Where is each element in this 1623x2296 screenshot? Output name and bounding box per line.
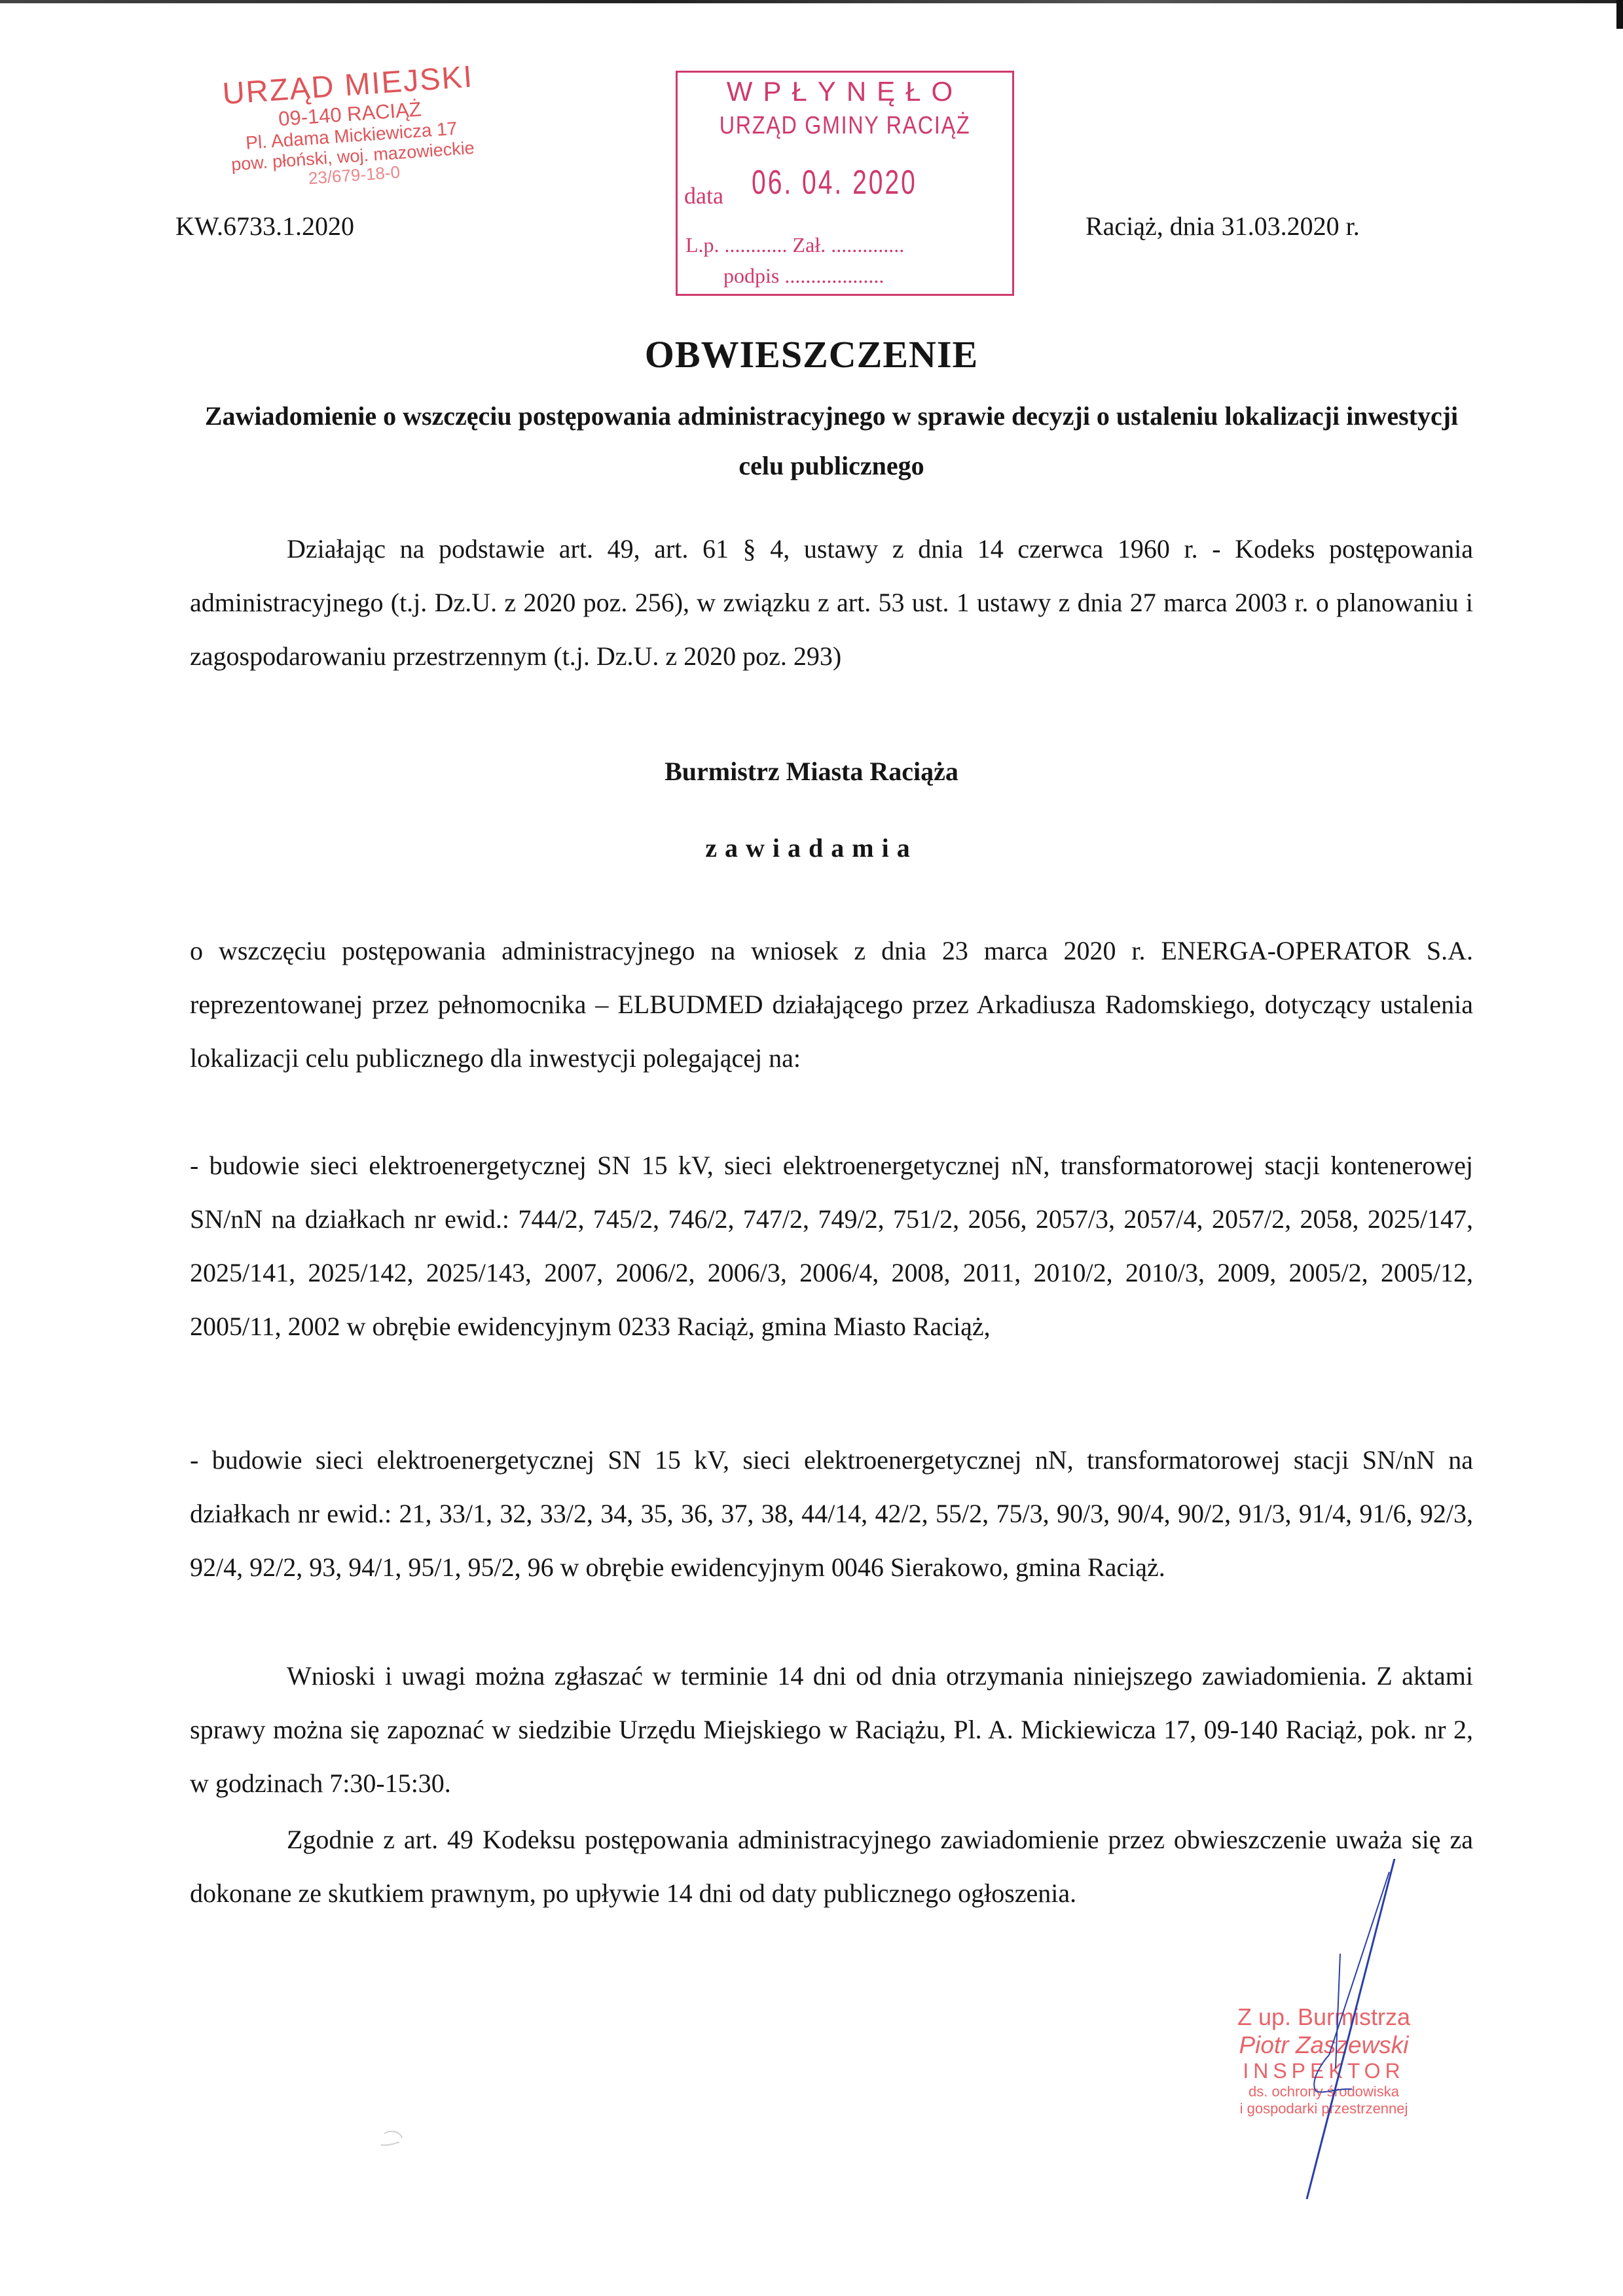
document-subtitle: Zawiadomienie o wszczęciu postępowania a… — [190, 391, 1473, 491]
handwritten-signature — [1244, 1859, 1414, 2199]
receipt-date-label: data — [684, 182, 723, 209]
receipt-stamp-office: URZĄD GMINY RACIĄŻ — [702, 112, 987, 140]
scan-edge-top — [0, 0, 1623, 3]
investment-item-2: - budowie sieci elektroenergetycznej SN … — [190, 1433, 1473, 1594]
receipt-sign-line: podpis ................... — [723, 264, 884, 288]
authority-name: Burmistrz Miasta Raciąża — [0, 756, 1623, 787]
receipt-date-value: 06. 04. 2020 — [752, 163, 917, 202]
receipt-stamp-title: WPŁYNĘŁO — [678, 76, 1012, 107]
investment-item-1: - budowie sieci elektroenergetycznej SN … — [190, 1139, 1473, 1354]
comments-paragraph: Wnioski i uwagi można zgłaszać w termini… — [190, 1649, 1473, 1810]
place-date: Raciąż, dnia 31.03.2020 r. — [1085, 211, 1360, 242]
legal-basis-paragraph: Działając na podstawie art. 49, art. 61 … — [190, 522, 1473, 683]
case-number: KW.6733.1.2020 — [175, 211, 354, 242]
receipt-stamp: WPŁYNĘŁO URZĄD GMINY RACIĄŻ data 06. 04.… — [676, 71, 1014, 296]
office-stamp: URZĄD MIEJSKI 09-140 RACIĄŻ Pl. Adama Mi… — [177, 55, 524, 196]
scan-smudge — [374, 2124, 407, 2150]
scan-edge-right — [1616, 0, 1623, 29]
action-word: zawiadamia — [0, 833, 1623, 863]
notice-intro-paragraph: o wszczęciu postępowania administracyjne… — [190, 924, 1473, 1085]
receipt-lp-line: L.p. ............ Zał. .............. — [685, 233, 904, 257]
document-title: OBWIESZCZENIE — [0, 332, 1623, 376]
